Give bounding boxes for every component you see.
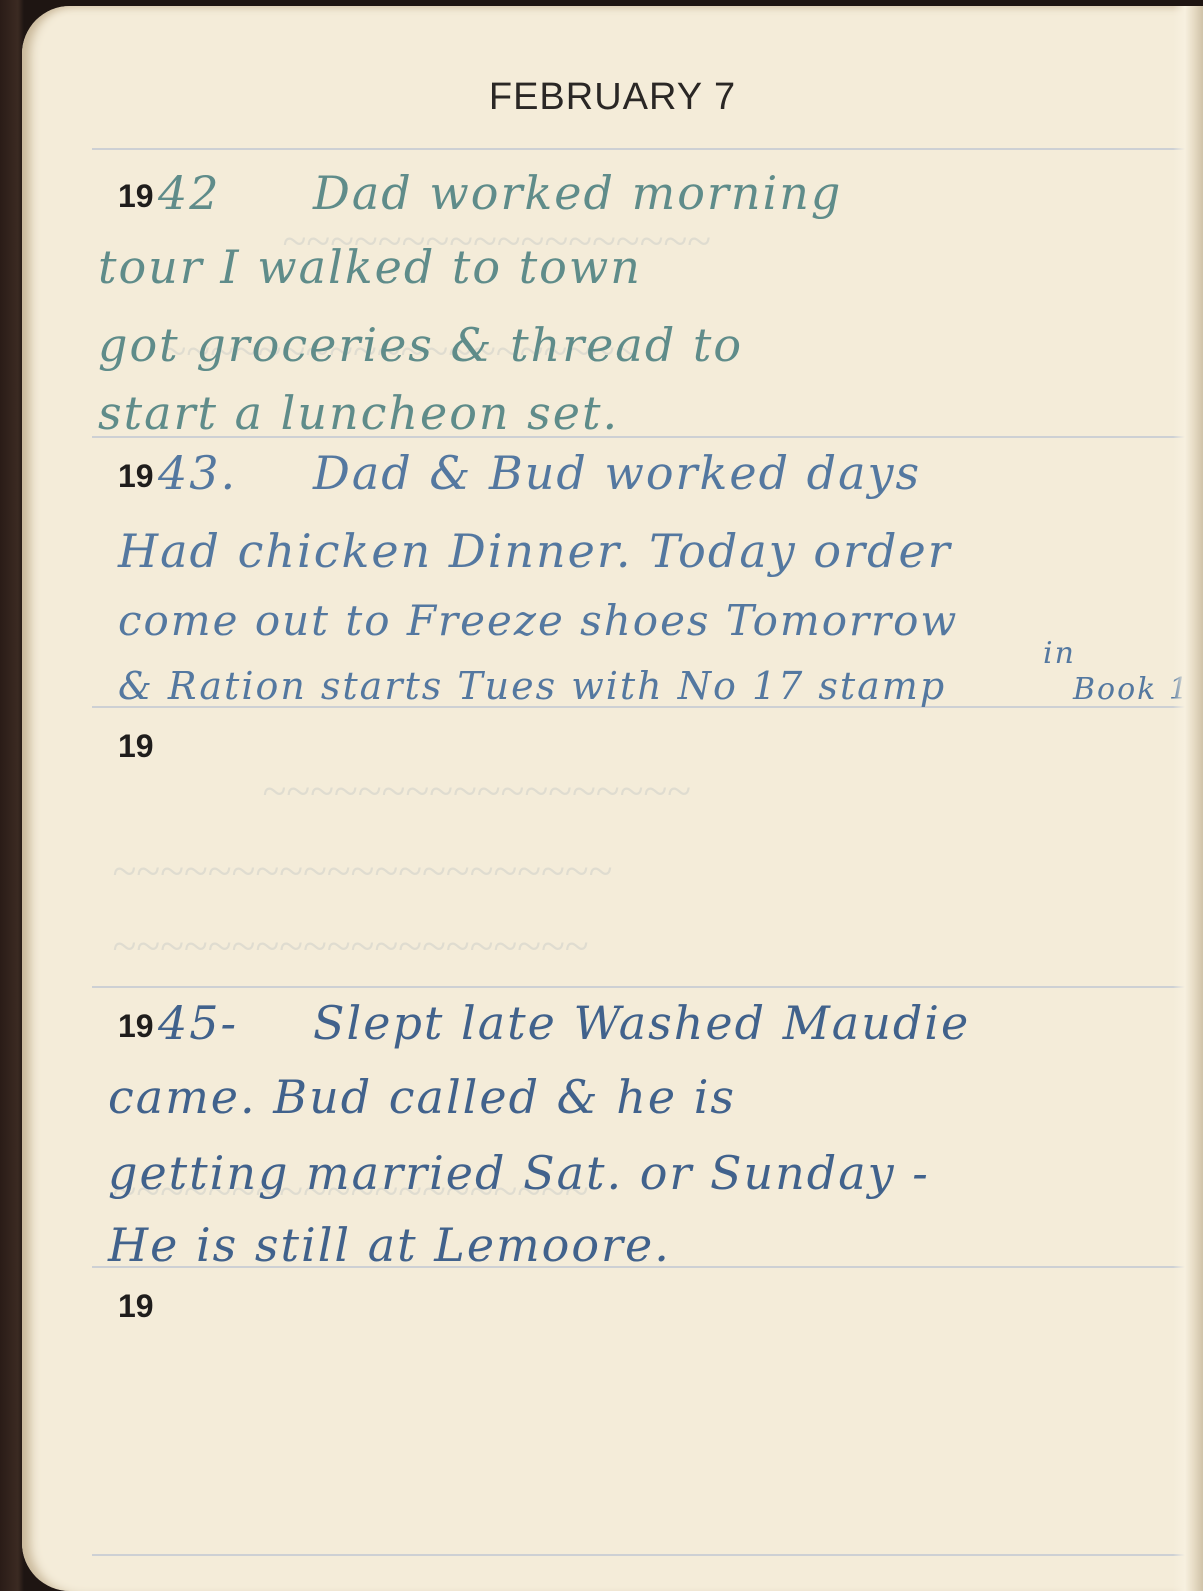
ruled-line [92, 1554, 1192, 1556]
entry-line: Dad worked morning [313, 166, 842, 220]
year-suffix: 45- [158, 996, 238, 1050]
entry-line: getting married Sat. or Sunday - [108, 1146, 930, 1200]
entry-line: in [1043, 636, 1076, 671]
entry-line: & Ration starts Tues with No 17 stamp [118, 664, 946, 708]
ruled-line [92, 148, 1192, 150]
entry-empty: 19 [118, 1288, 1198, 1538]
year-suffix: 43. [158, 446, 237, 500]
entry-line: Had chicken Dinner. Today order [118, 524, 952, 578]
diary-page: ~~~~~~~~~~~~~~~~~~ ~~~~~~~~~~~~~~~~~~~~ … [22, 6, 1203, 1591]
entry-line: start a luncheon set. [98, 386, 619, 440]
page-title: FEBRUARY 7 [22, 76, 1203, 119]
entry-line: tour I walked to town [98, 240, 642, 294]
entry-line: came. Bud called & he is [108, 1070, 736, 1124]
entry-1943: 19 43. Dad & Bud worked days Had chicken… [118, 458, 1198, 708]
entry-1944-empty: 19 [118, 728, 1198, 978]
year-suffix: 42 [158, 166, 221, 220]
entry-line: got groceries & thread to [98, 318, 743, 372]
year-prefix: 19 [118, 728, 154, 765]
entry-1942: 19 42 Dad worked morning tour I walked t… [118, 178, 1198, 438]
year-prefix: 19 [118, 178, 154, 215]
entry-line: Dad & Bud worked days [313, 446, 921, 500]
entry-line: come out to Freeze shoes Tomorrow [118, 596, 958, 645]
year-prefix: 19 [118, 458, 154, 495]
entry-1945: 19 45- Slept late Washed Maudie came. Bu… [118, 1008, 1198, 1258]
entry-line: Slept late Washed Maudie [313, 996, 970, 1050]
year-prefix: 19 [118, 1008, 154, 1045]
ruled-line [92, 986, 1192, 988]
entry-line: He is still at Lemoore. [108, 1218, 671, 1272]
year-prefix: 19 [118, 1288, 154, 1325]
entry-line: Book 1 [1073, 672, 1190, 707]
